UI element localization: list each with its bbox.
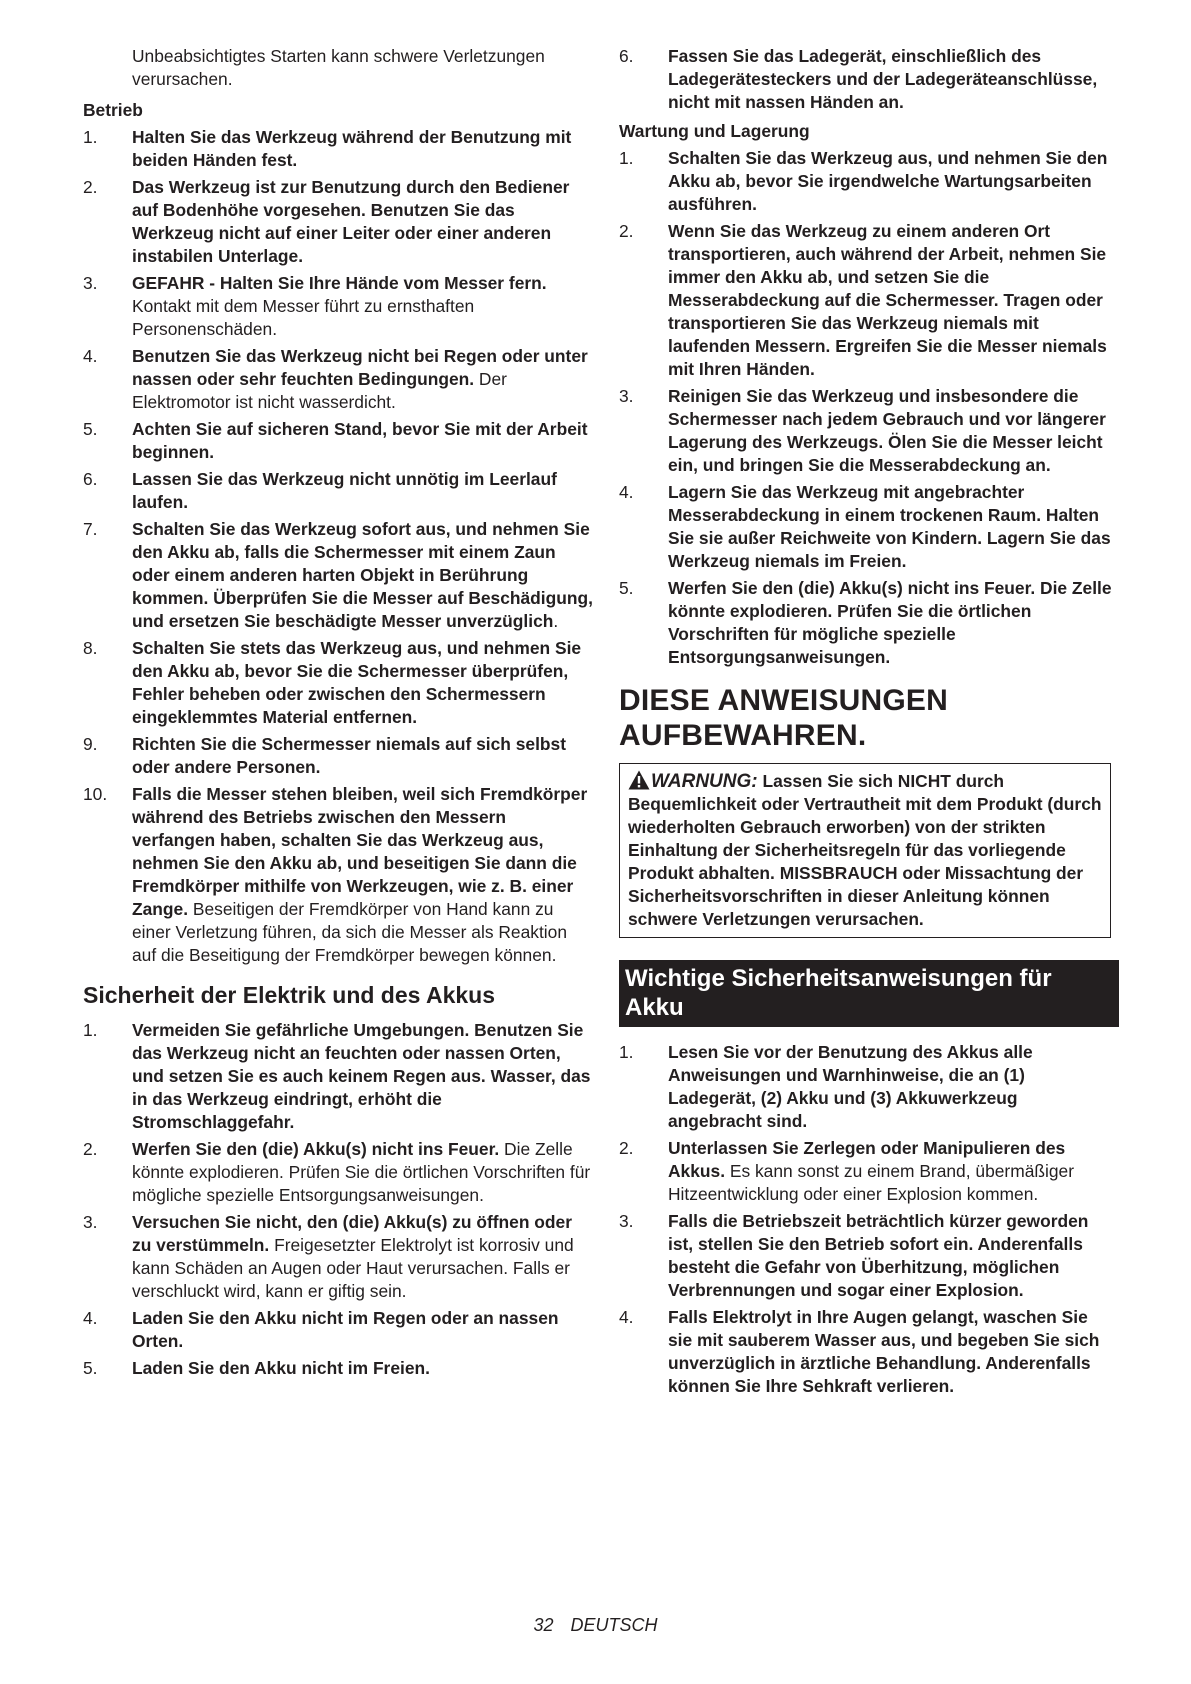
list-item: 4.Falls Elektrolyt in Ihre Augen gelangt… bbox=[619, 1306, 1115, 1398]
list-item: 5.Achten Sie auf sicheren Stand, bevor S… bbox=[83, 418, 593, 464]
list-item: 2.Wenn Sie das Werkzeug zu einem anderen… bbox=[619, 220, 1115, 381]
list-item: 2.Werfen Sie den (die) Akku(s) nicht ins… bbox=[83, 1138, 593, 1207]
list-item: 3.Versuchen Sie nicht, den (die) Akku(s)… bbox=[83, 1211, 593, 1303]
subheading-betrieb: Betrieb bbox=[83, 99, 593, 122]
warning-label: WARNUNG: bbox=[651, 771, 758, 792]
left-column: Unbeabsichtigtes Starten kann schwere Ve… bbox=[83, 45, 593, 1384]
list-item: 9.Richten Sie die Schermesser niemals au… bbox=[83, 733, 593, 779]
akku-list: 1.Lesen Sie vor der Benutzung des Akkus … bbox=[619, 1041, 1115, 1398]
list-item: 1.Vermeiden Sie gefährliche Umgebungen. … bbox=[83, 1019, 593, 1134]
section-heading-elektrik: Sicherheit der Elektrik und des Akkus bbox=[83, 981, 593, 1009]
right-column: 6.Fassen Sie das Ladegerät, einschließli… bbox=[619, 45, 1115, 1402]
page-number: 32 bbox=[533, 1615, 553, 1635]
section-heading-akku: Wichtige Sicherheitsanweisungen für Akku bbox=[619, 960, 1119, 1027]
list-item: 2.Das Werkzeug ist zur Benutzung durch d… bbox=[83, 176, 593, 268]
list-item: 1.Schalten Sie das Werkzeug aus, und neh… bbox=[619, 147, 1115, 216]
list-item: 6.Lassen Sie das Werkzeug nicht unnötig … bbox=[83, 468, 593, 514]
list-item: 3.GEFAHR - Halten Sie Ihre Hände vom Mes… bbox=[83, 272, 593, 341]
warning-triangle-icon bbox=[628, 770, 650, 790]
list-item: 8.Schalten Sie stets das Werkzeug aus, u… bbox=[83, 637, 593, 729]
continued-paragraph: Unbeabsichtigtes Starten kann schwere Ve… bbox=[83, 45, 593, 91]
warning-box: WARNUNG: Lassen Sie sich NICHT durch Beq… bbox=[619, 763, 1111, 938]
list-item: 5.Werfen Sie den (die) Akku(s) nicht ins… bbox=[619, 577, 1115, 669]
list-item: 6.Fassen Sie das Ladegerät, einschließli… bbox=[619, 45, 1115, 114]
continued-list: 6.Fassen Sie das Ladegerät, einschließli… bbox=[619, 45, 1115, 114]
list-item: 2.Unterlassen Sie Zerlegen oder Manipuli… bbox=[619, 1137, 1115, 1206]
list-item: 3.Falls die Betriebszeit beträchtlich kü… bbox=[619, 1210, 1115, 1302]
save-instructions-heading: DIESE ANWEISUNGEN AUFBEWAHREN. bbox=[619, 683, 1115, 753]
page-footer: 32 DEUTSCH bbox=[0, 1615, 1191, 1636]
list-item: 3.Reinigen Sie das Werkzeug und insbeson… bbox=[619, 385, 1115, 477]
elektrik-list: 1.Vermeiden Sie gefährliche Umgebungen. … bbox=[83, 1019, 593, 1380]
warning-text: Lassen Sie sich NICHT durch Bequemlichke… bbox=[628, 771, 1102, 929]
subheading-wartung: Wartung und Lagerung bbox=[619, 120, 1115, 143]
list-item: 10.Falls die Messer stehen bleiben, weil… bbox=[83, 783, 593, 967]
footer-language: DEUTSCH bbox=[571, 1615, 658, 1635]
list-item: 5.Laden Sie den Akku nicht im Freien. bbox=[83, 1357, 593, 1380]
betrieb-list: 1.Halten Sie das Werkzeug während der Be… bbox=[83, 126, 593, 967]
list-item: 4.Laden Sie den Akku nicht im Regen oder… bbox=[83, 1307, 593, 1353]
list-item: 1.Lesen Sie vor der Benutzung des Akkus … bbox=[619, 1041, 1115, 1133]
list-item: 4.Lagern Sie das Werkzeug mit angebracht… bbox=[619, 481, 1115, 573]
list-item: 1.Halten Sie das Werkzeug während der Be… bbox=[83, 126, 593, 172]
wartung-list: 1.Schalten Sie das Werkzeug aus, und neh… bbox=[619, 147, 1115, 669]
list-item: 7.Schalten Sie das Werkzeug sofort aus, … bbox=[83, 518, 593, 633]
list-item: 4.Benutzen Sie das Werkzeug nicht bei Re… bbox=[83, 345, 593, 414]
